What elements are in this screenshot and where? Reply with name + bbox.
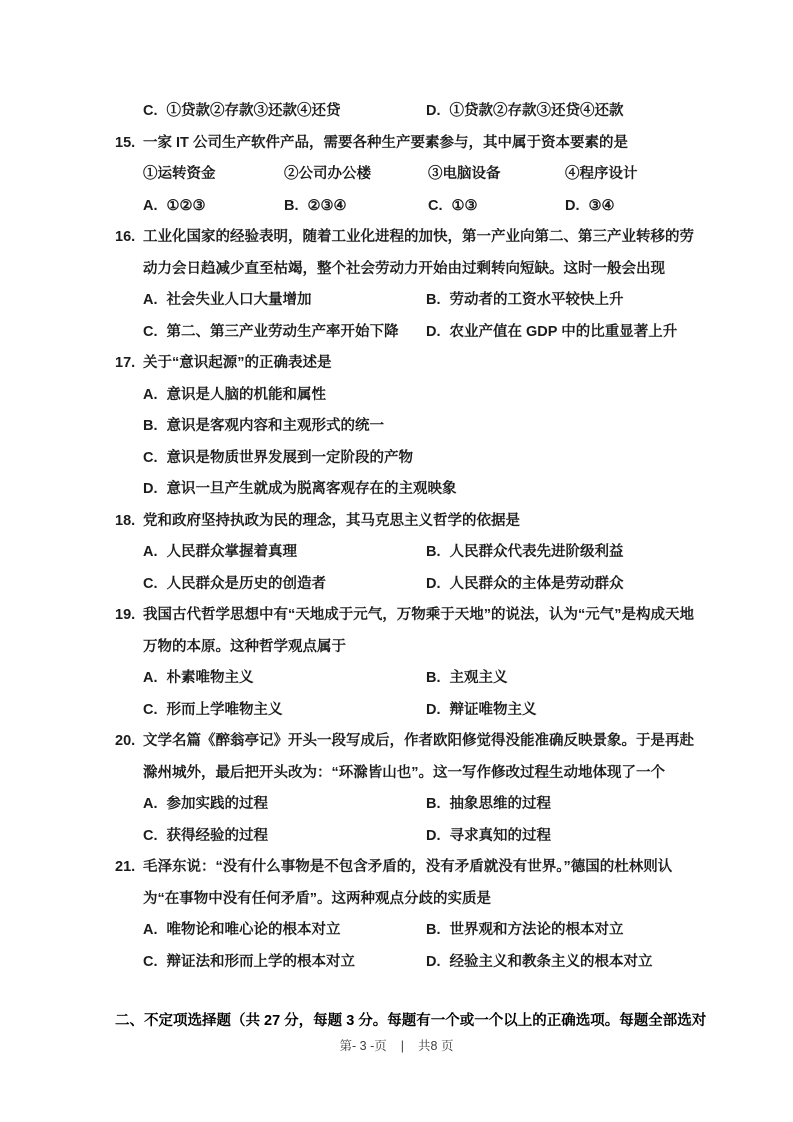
question-options-row: A.唯物论和唯心论的根本对立 B.世界观和方法论的根本对立 C.辩证法和形而上学… <box>143 915 700 978</box>
option: B.劳动者的工资水平较快上升 <box>426 285 700 317</box>
option: D.农业产值在 GDP 中的比重显著上升 <box>426 317 700 349</box>
option-text: 辩证唯物主义 <box>450 702 537 718</box>
option: B.世界观和方法论的根本对立 <box>426 915 700 947</box>
option: A.社会失业人口大量增加 <box>143 285 426 317</box>
question-stem: 关于“意识起源”的正确表述是 <box>143 348 700 380</box>
option-text: 唯物论和唯心论的根本对立 <box>167 922 341 938</box>
section-two-header: 二、不定项选择题（共 27 分，每题 3 分。每题有一个或一个以上的正确选项。每… <box>115 1006 700 1038</box>
question-17: 17. 关于“意识起源”的正确表述是 A.意识是人脑的机能和属性 B.意识是客观… <box>115 348 700 506</box>
option-label: D. <box>426 569 441 601</box>
question-number: 18. <box>115 506 143 538</box>
option-text: 农业产值在 GDP 中的比重显著上升 <box>450 324 678 340</box>
option-label: C. <box>143 317 158 349</box>
option-text: 参加实践的过程 <box>167 796 269 812</box>
option-text: 形而上学唯物主义 <box>167 702 283 718</box>
option-text: ①贷款②存款③还款④还贷 <box>167 103 341 119</box>
option: C.人民群众是历史的创造者 <box>143 569 426 601</box>
option-text: 人民群众是历史的创造者 <box>167 576 327 592</box>
question-19: 19. 我国古代哲学思想中有“天地成于元气，万物乘于天地”的说法，认为“元气”是… <box>115 600 700 726</box>
option: B.抽象思维的过程 <box>426 789 700 821</box>
option-text: 意识是客观内容和主观形式的统一 <box>167 418 385 434</box>
option-label: B. <box>426 663 441 695</box>
question-number: 16. <box>115 222 143 285</box>
question-15: 15. 一家 IT 公司生产软件产品，需要各种生产要素参与，其中属于资本要素的是… <box>115 128 700 223</box>
option-label: C. <box>428 191 443 223</box>
option: C.形而上学唯物主义 <box>143 695 426 727</box>
option-text: 经验主义和教条主义的根本对立 <box>450 954 653 970</box>
option-label: C. <box>143 947 158 979</box>
question-stem: 我国古代哲学思想中有“天地成于元气，万物乘于天地”的说法，认为“元气”是构成天地… <box>143 600 700 663</box>
option-text: 意识一旦产生就成为脱离客观存在的主观映象 <box>167 481 457 497</box>
option-label: D. <box>426 695 441 727</box>
option: C.获得经验的过程 <box>143 821 426 853</box>
question-number: 21. <box>115 852 143 915</box>
option-label: B. <box>426 915 441 947</box>
option-label: B. <box>426 537 441 569</box>
exam-page: C.①贷款②存款③还款④还贷 D.①贷款②存款③还贷④还款 15. 一家 IT … <box>0 0 793 1122</box>
option: C.①贷款②存款③还款④还贷 <box>143 96 426 128</box>
option-text: 辩证法和形而上学的根本对立 <box>167 954 356 970</box>
question-18: 18. 党和政府坚持执政为民的理念，其马克思主义哲学的依据是 A.人民群众掌握着… <box>115 506 700 601</box>
option-label: C. <box>143 443 158 475</box>
option-text: 朴素唯物主义 <box>167 670 254 686</box>
question-stem: 毛泽东说：“没有什么事物是不包含矛盾的，没有矛盾就没有世界。”德国的杜林则认为“… <box>143 852 700 915</box>
question-options-row: A.社会失业人口大量增加 B.劳动者的工资水平较快上升 C.第二、第三产业劳动生… <box>143 285 700 348</box>
option-text: ①②③ <box>167 198 206 214</box>
question-stem: 一家 IT 公司生产软件产品，需要各种生产要素参与，其中属于资本要素的是 <box>143 128 700 160</box>
option-text: 意识是物质世界发展到一定阶段的产物 <box>167 450 414 466</box>
option-text: 主观主义 <box>450 670 508 686</box>
option-label: A. <box>143 789 158 821</box>
option-text: 人民群众掌握着真理 <box>167 544 298 560</box>
option-label: A. <box>143 285 158 317</box>
question-options-row: A.①②③ B.②③④ C.①③ D.③④ <box>143 191 700 223</box>
option: B.②③④ <box>284 191 428 223</box>
option: C.意识是物质世界发展到一定阶段的产物 <box>143 443 700 475</box>
question-options-column: A.意识是人脑的机能和属性 B.意识是客观内容和主观形式的统一 C.意识是物质世… <box>143 380 700 506</box>
option-label: D. <box>426 947 441 979</box>
numbered-item: ②公司办公楼 <box>284 159 428 191</box>
option-text: 劳动者的工资水平较快上升 <box>450 292 624 308</box>
page-footer: 第- 3 -页|共8 页 <box>0 1036 793 1056</box>
option: D.辩证唯物主义 <box>426 695 700 727</box>
option-label: A. <box>143 663 158 695</box>
option-label: B. <box>426 789 441 821</box>
option-label: C. <box>143 96 158 128</box>
question-number: 17. <box>115 348 143 380</box>
question-number: 19. <box>115 600 143 663</box>
option-label: B. <box>426 285 441 317</box>
question-stem-row: 18. 党和政府坚持执政为民的理念，其马克思主义哲学的依据是 <box>115 506 700 538</box>
option-text: 人民群众代表先进阶级利益 <box>450 544 624 560</box>
total-pages-label: 共8 页 <box>418 1039 453 1053</box>
option-label: A. <box>143 537 158 569</box>
question-21: 21. 毛泽东说：“没有什么事物是不包含矛盾的，没有矛盾就没有世界。”德国的杜林… <box>115 852 700 978</box>
question-stem-row: 16. 工业化国家的经验表明，随着工业化进程的加快，第一产业向第二、第三产业转移… <box>115 222 700 285</box>
option: D.意识一旦产生就成为脱离客观存在的主观映象 <box>143 474 700 506</box>
option: D.③④ <box>565 191 700 223</box>
option-text: ②③④ <box>308 198 347 214</box>
option: A.人民群众掌握着真理 <box>143 537 426 569</box>
option-label: D. <box>426 96 441 128</box>
option-label: A. <box>143 380 158 412</box>
option: C.①③ <box>428 191 565 223</box>
option-text: 第二、第三产业劳动生产率开始下降 <box>167 324 399 340</box>
option-label: B. <box>143 411 158 443</box>
question-stem-row: 20. 文学名篇《醉翁亭记》开头一段写成后，作者欧阳修觉得没能准确反映景象。于是… <box>115 726 700 789</box>
option: D.①贷款②存款③还贷④还款 <box>426 96 700 128</box>
question-options-row: A.参加实践的过程 B.抽象思维的过程 C.获得经验的过程 D.寻求真知的过程 <box>143 789 700 852</box>
question-16: 16. 工业化国家的经验表明，随着工业化进程的加快，第一产业向第二、第三产业转移… <box>115 222 700 348</box>
option-text: 意识是人脑的机能和属性 <box>167 387 327 403</box>
question-number: 20. <box>115 726 143 789</box>
option-text: 社会失业人口大量增加 <box>167 292 312 308</box>
option: D.经验主义和教条主义的根本对立 <box>426 947 700 979</box>
option: D.人民群众的主体是劳动群众 <box>426 569 700 601</box>
option-label: D. <box>565 191 580 223</box>
page-number-label: 第- 3 -页 <box>340 1039 387 1053</box>
option-label: D. <box>426 317 441 349</box>
option: A.参加实践的过程 <box>143 789 426 821</box>
option: A.①②③ <box>143 191 284 223</box>
option-label: A. <box>143 915 158 947</box>
option: A.朴素唯物主义 <box>143 663 426 695</box>
question-options-row: A.朴素唯物主义 B.主观主义 C.形而上学唯物主义 D.辩证唯物主义 <box>143 663 700 726</box>
question-number: 15. <box>115 128 143 160</box>
option: B.人民群众代表先进阶级利益 <box>426 537 700 569</box>
question-items-row: ①运转资金 ②公司办公楼 ③电脑设备 ④程序设计 <box>143 159 700 191</box>
option-text: 人民群众的主体是劳动群众 <box>450 576 624 592</box>
option: D.寻求真知的过程 <box>426 821 700 853</box>
option-label: C. <box>143 821 158 853</box>
option-text: 世界观和方法论的根本对立 <box>450 922 624 938</box>
option-text: 抽象思维的过程 <box>450 796 552 812</box>
numbered-item: ③电脑设备 <box>428 159 565 191</box>
option-label: A. <box>143 191 158 223</box>
numbered-item: ④程序设计 <box>565 159 700 191</box>
option-text: ③④ <box>589 198 615 214</box>
option: B.主观主义 <box>426 663 700 695</box>
option-text: ①③ <box>452 198 478 214</box>
question-options-row: A.人民群众掌握着真理 B.人民群众代表先进阶级利益 C.人民群众是历史的创造者… <box>143 537 700 600</box>
question-stem: 文学名篇《醉翁亭记》开头一段写成后，作者欧阳修觉得没能准确反映景象。于是再赴滁州… <box>143 726 700 789</box>
option: C.第二、第三产业劳动生产率开始下降 <box>143 317 426 349</box>
question-stem-row: 21. 毛泽东说：“没有什么事物是不包含矛盾的，没有矛盾就没有世界。”德国的杜林… <box>115 852 700 915</box>
question-20: 20. 文学名篇《醉翁亭记》开头一段写成后，作者欧阳修觉得没能准确反映景象。于是… <box>115 726 700 852</box>
option-label: C. <box>143 695 158 727</box>
question-stem: 工业化国家的经验表明，随着工业化进程的加快，第一产业向第二、第三产业转移的劳动力… <box>143 222 700 285</box>
option: A.意识是人脑的机能和属性 <box>143 380 700 412</box>
question-14-options-row: C.①贷款②存款③还款④还贷 D.①贷款②存款③还贷④还款 <box>143 96 700 128</box>
option-label: D. <box>143 474 158 506</box>
question-stem: 党和政府坚持执政为民的理念，其马克思主义哲学的依据是 <box>143 506 700 538</box>
question-stem-row: 15. 一家 IT 公司生产软件产品，需要各种生产要素参与，其中属于资本要素的是 <box>115 128 700 160</box>
question-stem-row: 17. 关于“意识起源”的正确表述是 <box>115 348 700 380</box>
option-label: C. <box>143 569 158 601</box>
option-text: 获得经验的过程 <box>167 828 269 844</box>
option-label: D. <box>426 821 441 853</box>
numbered-item: ①运转资金 <box>143 159 284 191</box>
option-text: 寻求真知的过程 <box>450 828 552 844</box>
option-text: ①贷款②存款③还贷④还款 <box>450 103 624 119</box>
option: A.唯物论和唯心论的根本对立 <box>143 915 426 947</box>
exam-content: C.①贷款②存款③还款④还贷 D.①贷款②存款③还贷④还款 15. 一家 IT … <box>115 96 700 1038</box>
option: C.辩证法和形而上学的根本对立 <box>143 947 426 979</box>
question-stem-row: 19. 我国古代哲学思想中有“天地成于元气，万物乘于天地”的说法，认为“元气”是… <box>115 600 700 663</box>
option-label: B. <box>284 191 299 223</box>
option: B.意识是客观内容和主观形式的统一 <box>143 411 700 443</box>
footer-separator: | <box>401 1039 404 1053</box>
